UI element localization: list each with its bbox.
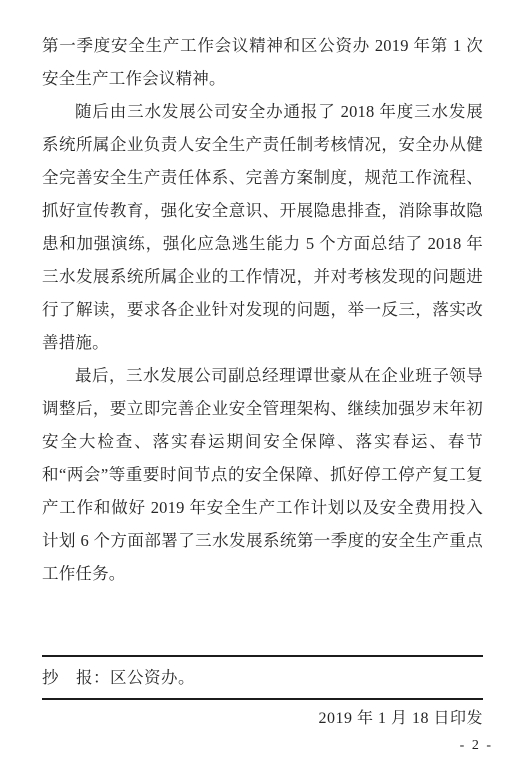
document-body: 第一季度安全生产工作会议精神和区公资办 2019 年第 1 次安全生产工作会议精… xyxy=(42,29,483,590)
print-date: 2019 年 1 月 18 日印发 xyxy=(42,704,483,734)
document-footer: 抄 报：区公资办。 2019 年 1 月 18 日印发 xyxy=(42,655,483,734)
page-number: - 2 - xyxy=(460,735,493,757)
paragraph-continuation: 第一季度安全生产工作会议精神和区公资办 2019 年第 1 次安全生产工作会议精… xyxy=(42,29,483,95)
document-page: 第一季度安全生产工作会议精神和区公资办 2019 年第 1 次安全生产工作会议精… xyxy=(0,0,523,784)
footer-divider-bottom xyxy=(42,698,483,700)
paragraph-deployment: 最后，三水发展公司副总经理谭世豪从在企业班子领导调整后，要立即完善企业安全管理架… xyxy=(42,359,483,590)
paragraph-safety-report: 随后由三水发展公司安全办通报了 2018 年度三水发展系统所属企业负责人安全生产… xyxy=(42,95,483,359)
copy-to-line: 抄 报：区公资办。 xyxy=(42,657,483,698)
